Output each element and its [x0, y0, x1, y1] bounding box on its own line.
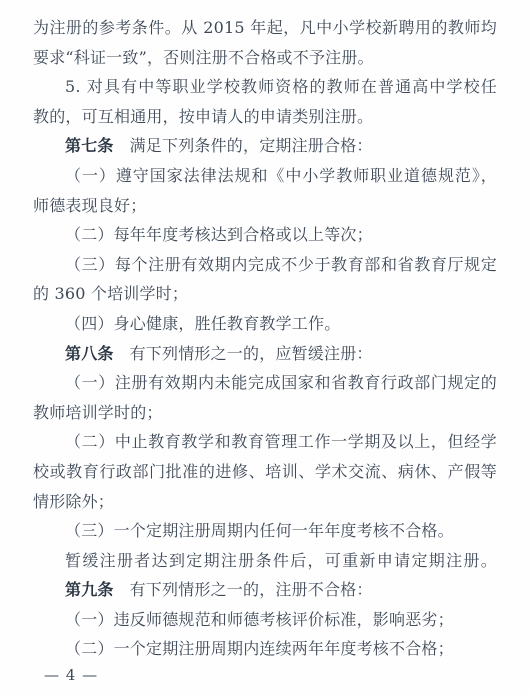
text-line: 教的，可互相通用，按申请人的申请类别注册。	[33, 102, 497, 132]
text-line: （四）身心健康，胜任教育教学工作。	[33, 309, 497, 339]
text-line: 校或教育行政部门批准的进修、培训、学术交流、病休、产假等	[33, 457, 497, 487]
text-line: （一）违反师德规范和师德考核评价标准，影响恶劣；	[33, 605, 497, 635]
document-page: 为注册的参考条件。从 2015 年起，凡中小学校新聘用的教师均 要求“科证一致”…	[0, 0, 530, 694]
text-line: 为注册的参考条件。从 2015 年起，凡中小学校新聘用的教师均	[33, 13, 497, 43]
text-line: 师德表现良好；	[33, 191, 497, 221]
text-line: （一）遵守国家法律法规和《中小学教师职业道德规范》，	[33, 161, 497, 191]
page-number: — 4 —	[44, 666, 98, 684]
text-line: （三）每个注册有效期内完成不少于教育部和省教育厅规定	[33, 250, 497, 280]
text-line: （二）一个定期注册周期内连续两年年度考核不合格；	[33, 634, 497, 664]
text-line: （一）注册有效期内未能完成国家和省教育行政部门规定的	[33, 368, 497, 398]
article-heading-line: 第八条有下列情形之一的，应暂缓注册：	[33, 339, 497, 369]
article-heading-line: 第九条有下列情形之一的，注册不合格：	[33, 575, 497, 605]
article-number: 第七条	[65, 136, 114, 155]
document-body: 为注册的参考条件。从 2015 年起，凡中小学校新聘用的教师均 要求“科证一致”…	[33, 13, 497, 664]
article-heading-text: 满足下列条件的，定期注册合格：	[130, 136, 373, 155]
text-line: 要求“科证一致”，否则注册不合格或不予注册。	[33, 43, 497, 73]
article-number: 第九条	[65, 580, 114, 599]
article-heading-text: 有下列情形之一的，注册不合格：	[130, 580, 373, 599]
article-heading-text: 有下列情形之一的，应暂缓注册：	[130, 344, 373, 363]
text-line: （二）中止教育教学和教育管理工作一学期及以上，但经学	[33, 427, 497, 457]
text-line: （三）一个定期注册周期内任何一年年度考核不合格。	[33, 516, 497, 546]
text-line: 暂缓注册者达到定期注册条件后，可重新申请定期注册。	[33, 546, 497, 576]
text-line: 情形除外；	[33, 487, 497, 517]
text-line: 的 360 个培训学时；	[33, 279, 497, 309]
text-line: （二）每年年度考核达到合格或以上等次；	[33, 220, 497, 250]
article-heading-line: 第七条满足下列条件的，定期注册合格：	[33, 131, 497, 161]
text-line: 教师培训学时的；	[33, 398, 497, 428]
text-line: 5. 对具有中等职业学校教师资格的教师在普通高中学校任	[33, 72, 497, 102]
article-number: 第八条	[65, 344, 114, 363]
